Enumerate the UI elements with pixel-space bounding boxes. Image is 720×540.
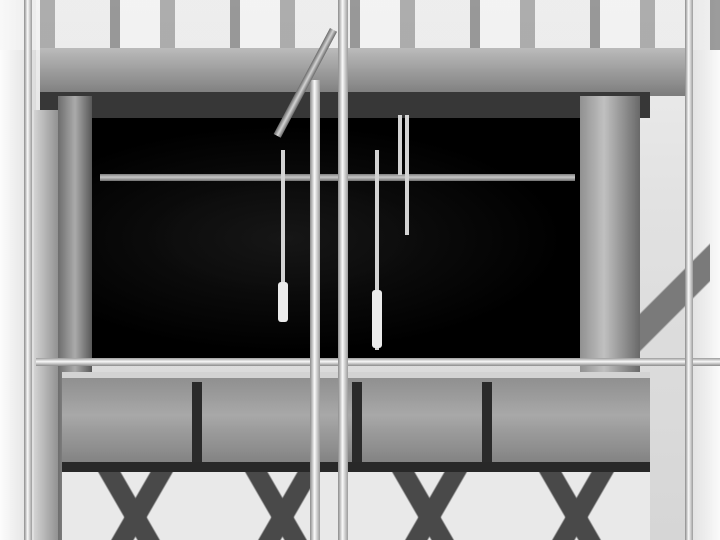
rod-weight [278,282,288,322]
hanging-rod [405,115,409,235]
lower-timber-braces [62,472,650,540]
lintel-beam [40,48,690,96]
hanging-rod [398,115,402,175]
right-diagonal-brace [640,200,710,380]
scaffold-vertical-tube [685,0,693,540]
scaffold-vertical-tube [338,0,348,540]
sill-joint [352,382,362,466]
scaffold-vertical-tube [24,0,32,540]
upper-wall-plaster [0,0,720,50]
sill-joint [482,382,492,466]
scaffold-vertical-tube [310,80,320,540]
window-opening [90,118,580,358]
rod-weight [372,290,382,348]
sill-joint [192,382,202,466]
sill-bottom-edge [62,462,650,472]
left-outer-post [34,110,60,540]
photograph [0,0,720,540]
scaffold-horizontal-tube [36,358,720,366]
